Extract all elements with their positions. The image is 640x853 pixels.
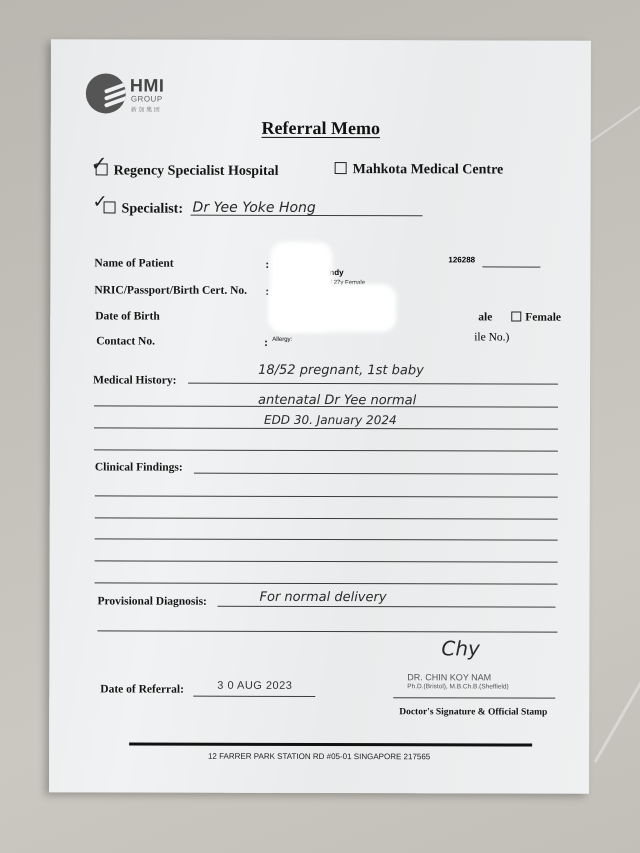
colon: : <box>265 259 269 271</box>
medical-history-label: Medical History: <box>93 374 176 386</box>
patient-id-number: 126288 <box>448 255 475 264</box>
check-mark-icon: ✓ <box>91 151 108 175</box>
date-of-referral-label: Date of Referral: <box>100 683 184 695</box>
form-line <box>94 449 558 451</box>
logo-name: HMI <box>130 76 165 97</box>
allergy-label: Allergy: <box>272 337 292 343</box>
hospital-option-regency[interactable]: Regency Specialist Hospital <box>96 163 279 179</box>
form-line <box>95 560 558 562</box>
redaction-blob <box>268 284 396 332</box>
signature-line <box>393 697 555 698</box>
medical-history-line-3[interactable]: EDD 30. January 2024 <box>264 413 397 427</box>
hmi-logo-icon <box>86 73 126 113</box>
form-line <box>97 630 557 632</box>
mobile-note: ile No.) <box>474 331 509 343</box>
date-line <box>193 696 315 697</box>
contact-no-label: Contact No. <box>96 335 155 347</box>
form-line <box>95 538 558 540</box>
id-line <box>482 266 540 267</box>
provisional-diagnosis-label: Provisional Diagnosis: <box>97 595 206 607</box>
doctor-name-stamp: DR. CHIN KOY NAM <box>407 672 491 682</box>
sex-male-option[interactable]: ale <box>478 311 492 323</box>
form-line <box>95 517 558 519</box>
colon: : <box>264 337 268 349</box>
form-line <box>218 606 556 608</box>
form-line <box>188 383 558 385</box>
form-line <box>95 495 558 497</box>
hmi-logo: HMI GROUP 新 加 集 团 <box>86 73 196 117</box>
name-of-patient-label: Name of Patient <box>94 257 173 269</box>
signature-caption: Doctor's Signature & Official Stamp <box>399 707 547 717</box>
footer-rule <box>129 743 532 747</box>
checkbox-female[interactable] <box>511 312 521 322</box>
date-of-referral-value[interactable]: 3 0 AUG 2023 <box>217 680 292 692</box>
clinical-findings-label: Clinical Findings: <box>95 461 183 473</box>
provisional-diagnosis-value[interactable]: For normal delivery <box>260 590 387 605</box>
check-mark-icon: ✓ <box>93 191 108 212</box>
specialist-line <box>191 215 423 217</box>
referral-memo-paper: HMI GROUP 新 加 集 团 Referral Memo Regency … <box>49 39 591 793</box>
specialist-option[interactable]: Specialist: <box>104 201 183 217</box>
logo-chinese: 新 加 集 团 <box>131 105 160 114</box>
checkbox-mahkota[interactable] <box>335 162 347 174</box>
date-of-birth-label: Date of Birth <box>95 310 160 322</box>
logo-sub: GROUP <box>131 95 163 104</box>
sex-female-option[interactable]: Female <box>511 312 561 324</box>
page-title: Referral Memo <box>51 117 591 139</box>
nric-label: NRIC/Passport/Birth Cert. No. <box>94 284 247 296</box>
form-line <box>94 427 558 429</box>
marble-vein <box>594 640 640 763</box>
hospital-option-mahkota[interactable]: Mahkota Medical Centre <box>335 162 504 178</box>
doctor-signature: Chy <box>441 636 480 660</box>
specialist-value[interactable]: Dr Yee Yoke Hong <box>193 200 316 216</box>
form-line <box>194 473 558 475</box>
doctor-qualifications-stamp: Ph.D.(Bristol), M.B.Ch.B.(Sheffield) <box>407 683 508 690</box>
form-line <box>95 582 558 584</box>
medical-history-line-1[interactable]: 18/52 pregnant, 1st baby <box>258 363 424 378</box>
footer-address: 12 FARRER PARK STATION RD #05-01 SINGAPO… <box>49 751 589 761</box>
